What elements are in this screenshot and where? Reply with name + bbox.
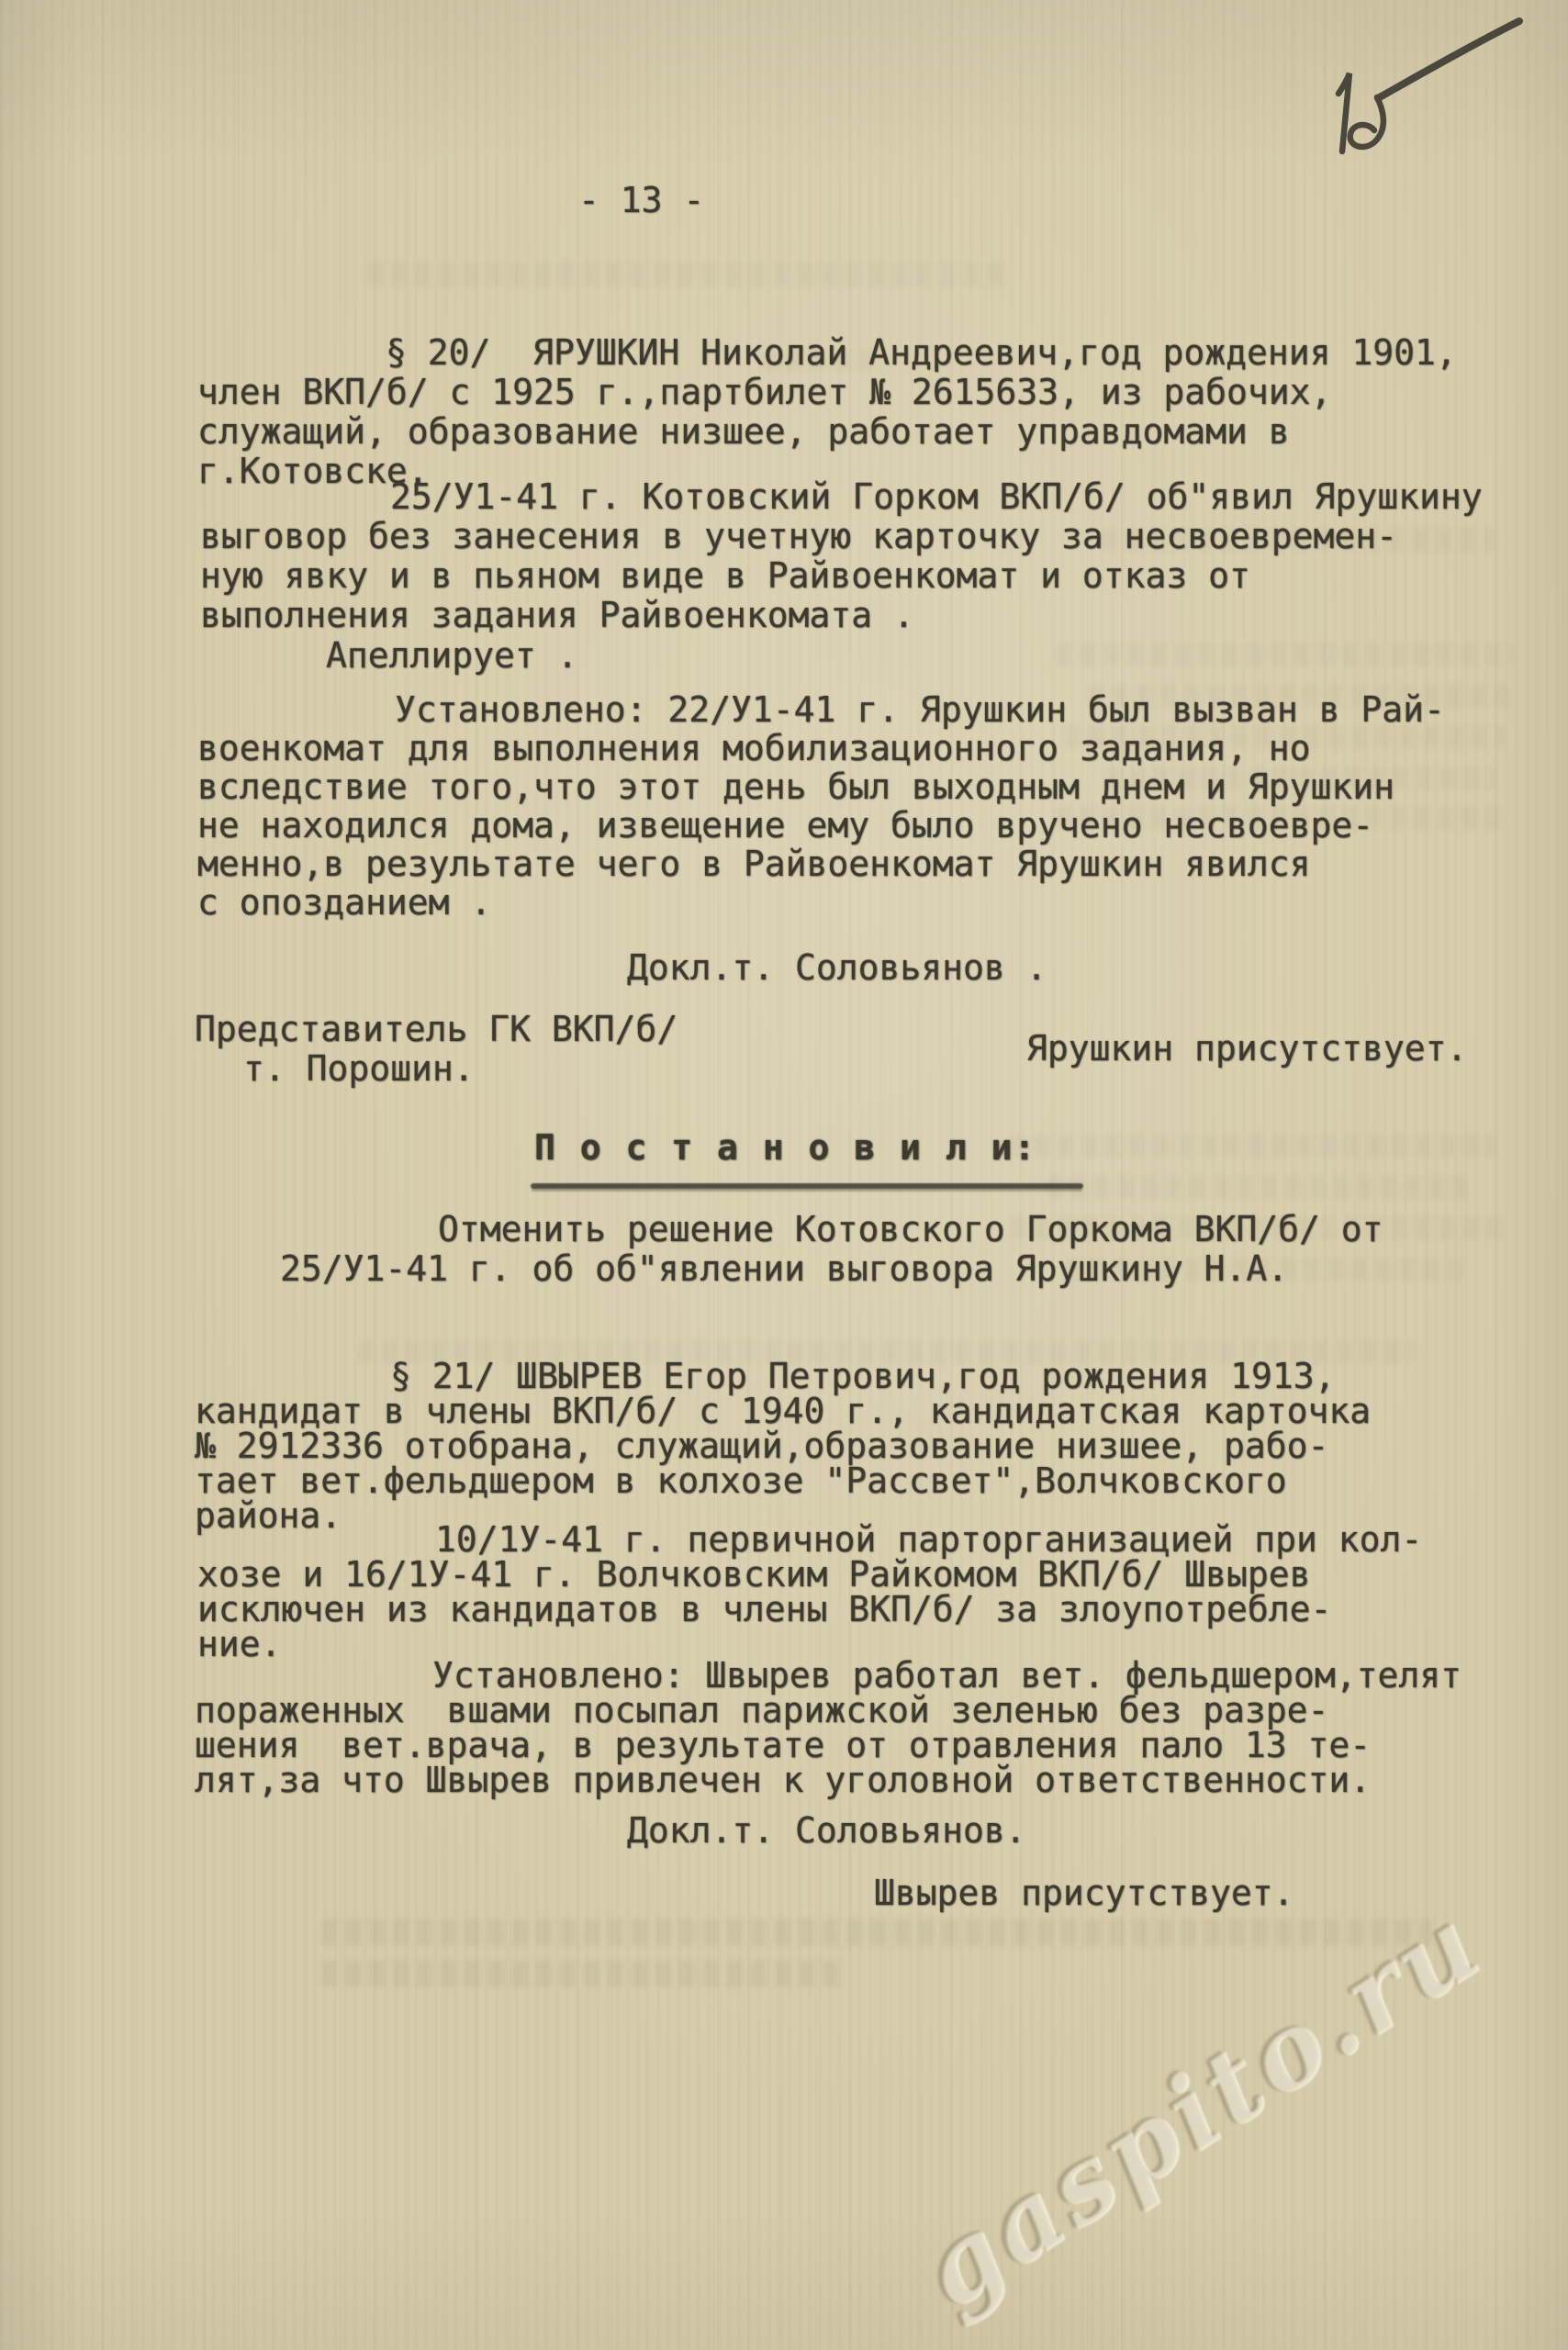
- bleedthrough-smudge: [1056, 643, 1515, 666]
- text-line: ную явку и в пьяном виде в Райвоенкомат …: [200, 556, 1483, 596]
- text-line: шения вет.врача, в результате от отравле…: [195, 1728, 1462, 1762]
- paragraph-s20-resolution: Отменить решение Котовского Горкома ВКП/…: [280, 1210, 1383, 1289]
- text-line: член ВКП/б/ с 1925 г.,партбилет № 261563…: [197, 373, 1457, 412]
- watermark: gaspito.ru: [899, 1882, 1502, 2332]
- text-line: тает вет.фельдшером в колхозе "Рассвет",…: [195, 1463, 1371, 1498]
- text-line: кандидат в члены ВКП/б/ с 1940 г., канди…: [195, 1393, 1371, 1428]
- paragraph-s20-findings: Установлено: 22/У1-41 г. Ярушкин был выз…: [197, 690, 1445, 922]
- presence-note: Швырев присутствует.: [874, 1873, 1294, 1913]
- bleedthrough-smudge: [367, 262, 1010, 287]
- bleedthrough-smudge: [1010, 1134, 1496, 1158]
- text-line: 25/У1-41 г. об об"явлении выговора Ярушк…: [280, 1249, 1383, 1289]
- text-line: лят,за что Швырев привлечен к уголовной …: [195, 1762, 1462, 1797]
- presence-note: Ярушкин присутствует.: [1026, 1028, 1467, 1069]
- text-line: выговор без занесения в учетную карточку…: [200, 517, 1483, 556]
- text-line: § 21/ ШВЫРЕВ Егор Петрович,год рождения …: [195, 1359, 1371, 1393]
- text-line: т. Порошин.: [195, 1049, 678, 1089]
- text-line: выполнения задания Райвоенкомата .: [200, 596, 1483, 635]
- resolution-heading: П о с т а н о в и л и:: [534, 1127, 1036, 1168]
- text-line: пораженных вшами посыпал парижской зелен…: [195, 1693, 1462, 1728]
- handwritten-page-number: [1285, 17, 1524, 173]
- paragraph-s20-intro: § 20/ ЯРУШКИН Николай Андреевич,год рожд…: [197, 333, 1457, 491]
- text-line: § 20/ ЯРУШКИН Николай Андреевич,год рожд…: [197, 333, 1457, 373]
- text-line: исключен из кандидатов в члены ВКП/б/ за…: [197, 1592, 1422, 1627]
- text-line: 10/1У-41 г. первичной парторганизацией п…: [197, 1522, 1422, 1557]
- text-line: № 2912336 отобрана, служащий,образование…: [195, 1428, 1371, 1463]
- text-line: служащий, образование низшее, работает у…: [197, 412, 1457, 452]
- bleedthrough-smudge: [321, 1919, 1432, 1946]
- paragraph-s21-decision: 10/1У-41 г. первичной парторганизацией п…: [197, 1522, 1422, 1662]
- heading-underline: [531, 1183, 1083, 1189]
- paragraph-s21-findings: Установлено: Швырев работал вет. фельдше…: [195, 1658, 1462, 1797]
- reporter-line: Докл.т. Соловьянов .: [627, 947, 1047, 988]
- bleedthrough-smudge: [321, 1960, 845, 1987]
- representative-block: Представитель ГК ВКП/б/ т. Порошин.: [195, 1010, 678, 1089]
- text-line: хозе и 16/1У-41 г. Волчковским Райкомом …: [197, 1557, 1422, 1592]
- text-line: вследствие того,что этот день был выходн…: [197, 767, 1445, 806]
- text-line: Установлено: Швырев работал вет. фельдше…: [195, 1658, 1462, 1693]
- page-number: - 13 -: [578, 180, 704, 220]
- text-line: Установлено: 22/У1-41 г. Ярушкин был выз…: [197, 690, 1445, 729]
- paragraph-s20-decision: 25/У1-41 г. Котовский Горком ВКП/б/ об"я…: [200, 477, 1483, 635]
- text-line: Отменить решение Котовского Горкома ВКП/…: [280, 1210, 1383, 1249]
- text-line: 25/У1-41 г. Котовский Горком ВКП/б/ об"я…: [200, 477, 1483, 517]
- text-line: менно,в результате чего в Райвоенкомат Я…: [197, 845, 1445, 883]
- document-scan-page: - 13 - § 20/ ЯРУШКИН Николай Андреевич,г…: [0, 0, 1568, 2350]
- text-line: с опозданием .: [197, 883, 1445, 922]
- paragraph-s21-intro: § 21/ ШВЫРЕВ Егор Петрович,год рождения …: [195, 1359, 1371, 1533]
- text-line: Представитель ГК ВКП/б/: [195, 1010, 678, 1049]
- bleedthrough-smudge: [1047, 1175, 1469, 1199]
- appeal-note: Апеллирует .: [326, 635, 578, 676]
- text-line: военкомат для выполнения мобилизационног…: [197, 729, 1445, 767]
- text-line: не находился дома, извещение ему было вр…: [197, 806, 1445, 845]
- reporter-line: Докл.т. Соловьянов.: [627, 1810, 1026, 1851]
